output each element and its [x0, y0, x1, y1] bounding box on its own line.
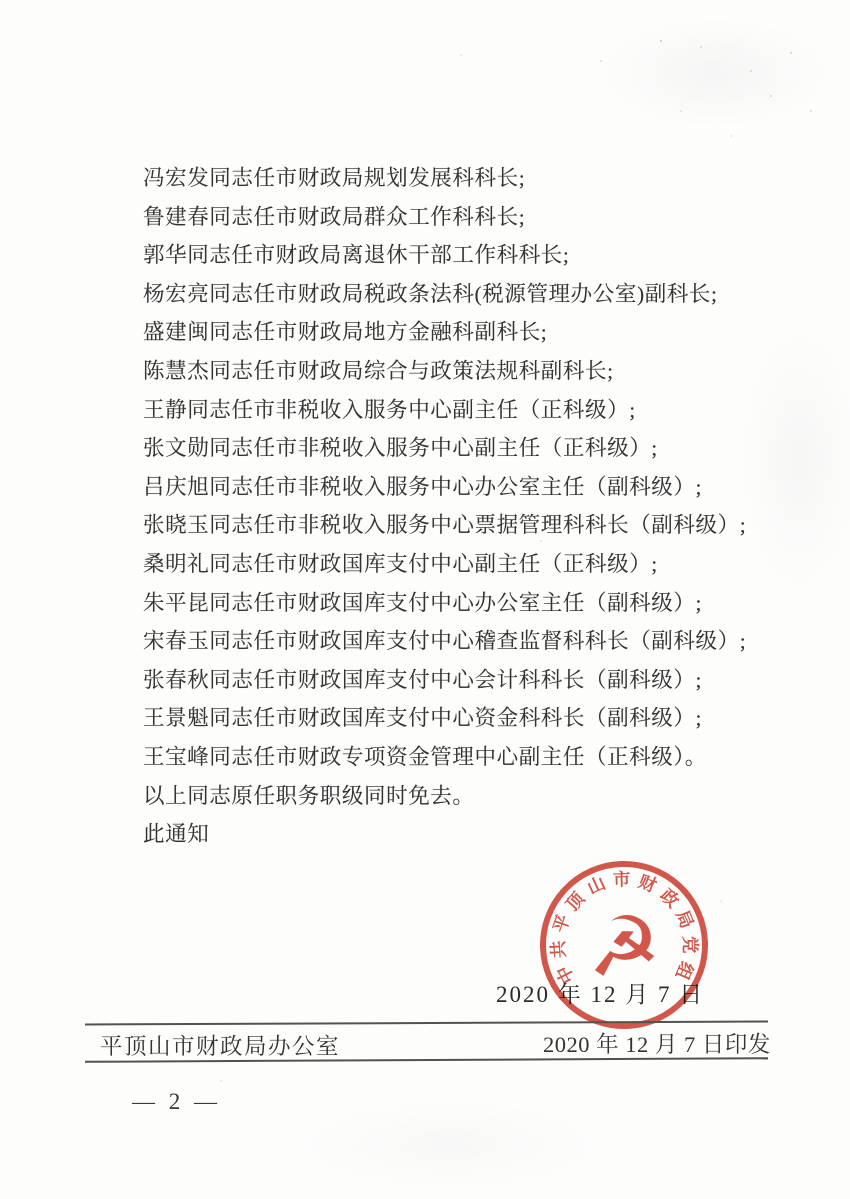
- appointment-line: 王宝峰同志任市财政专项资金管理中心副主任（正科级）。: [143, 738, 803, 777]
- appointment-line: 王静同志任市非税收入服务中心副主任（正科级）;: [143, 391, 803, 430]
- closing-line: 此通知: [143, 815, 803, 854]
- scanned-notice-page: 冯宏发同志任市财政局规划发展科科长; 鲁建春同志任市财政局群众工作科科长; 郭华…: [0, 0, 850, 1199]
- scan-noise: [600, 18, 830, 128]
- appointment-line: 鲁建春同志任市财政局群众工作科科长;: [143, 198, 803, 237]
- appointment-line: 吕庆旭同志任市非税收入服务中心办公室主任（副科级）;: [143, 468, 803, 507]
- appointment-line: 郭华同志任市财政局离退休干部工作科科长;: [143, 236, 803, 275]
- page-number: — 2 —: [132, 1089, 221, 1115]
- appointment-line: 张文勋同志任市非税收入服务中心副主任（正科级）;: [143, 429, 803, 468]
- scan-noise: [300, 1100, 600, 1190]
- appointment-line: 陈慧杰同志任市财政局综合与政策法规科副科长;: [143, 352, 803, 391]
- appointment-line: 王景魁同志任市财政国库支付中心资金科科长（副科级）;: [143, 699, 803, 738]
- appointment-line: 宋春玉同志任市财政国库支付中心稽查监督科科长（副科级）;: [143, 622, 803, 661]
- notice-body: 冯宏发同志任市财政局规划发展科科长; 鲁建春同志任市财政局群众工作科科长; 郭华…: [143, 159, 803, 854]
- hammer-sickle-icon: ☭: [586, 906, 662, 991]
- appointment-line: 张春秋同志任市财政国库支付中心会计科科长（副科级）;: [143, 661, 803, 700]
- footer-issuing-office: 平顶山市财政局办公室: [100, 1029, 340, 1061]
- appointment-line: 杨宏亮同志任市财政局税政条法科(税源管理办公室)副科长;: [143, 275, 803, 314]
- official-party-seal: ☭ 中共平顶山市财政局党组: [537, 858, 711, 1032]
- removal-line: 以上同志原任职务职级同时免去。: [143, 777, 803, 816]
- appointment-line: 盛建闽同志任市财政局地方金融科副科长;: [143, 313, 803, 352]
- appointment-line: 冯宏发同志任市财政局规划发展科科长;: [143, 159, 803, 198]
- appointment-line: 张晓玉同志任市非税收入服务中心票据管理科科长（副科级）;: [143, 506, 803, 545]
- footer-print-date: 2020 年 12 月 7 日印发: [543, 1027, 771, 1059]
- scan-noise: [660, 40, 662, 42]
- appointment-line: 朱平昆同志任市财政国库支付中心办公室主任（副科级）;: [143, 584, 803, 623]
- appointment-line: 桑明礼同志任市财政国库支付中心副主任（正科级）;: [143, 545, 803, 584]
